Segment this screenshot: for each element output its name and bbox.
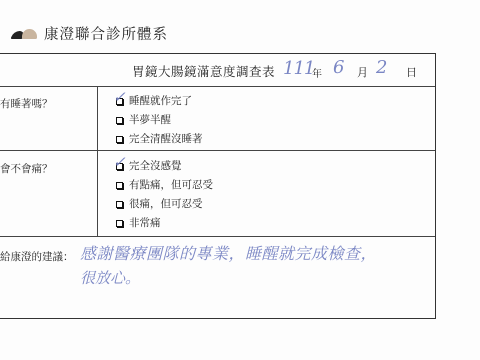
- option-item[interactable]: 很痛，但可忍受: [116, 195, 213, 214]
- checkbox-icon[interactable]: [116, 220, 123, 227]
- date-year-value[interactable]: 111: [283, 58, 314, 79]
- option-label: 非常痛: [129, 214, 161, 233]
- option-label: 完全清醒沒睡著: [129, 130, 203, 149]
- comment-text-line1[interactable]: 感謝醫療團隊的專業，睡醒就完成檢查，: [80, 241, 377, 264]
- option-item[interactable]: 完全清醒沒睡著: [116, 130, 203, 149]
- date-day-label: 日: [406, 64, 417, 80]
- option-label: 很痛，但可忍受: [129, 195, 203, 214]
- checkmark-icon: ✓: [113, 153, 126, 172]
- date-month-value[interactable]: 6: [333, 57, 344, 78]
- survey-form: 胃鏡大腸鏡滿意度調查表 111 年 6 月 2 日 有睡著嗎？ ✓ 睡醒就作完了…: [0, 53, 436, 319]
- checkbox-icon[interactable]: [116, 117, 123, 124]
- comment-text-line2[interactable]: 很放心。: [80, 267, 140, 288]
- checkbox-icon[interactable]: [116, 182, 123, 189]
- column-divider: [97, 86, 98, 150]
- form-title: 胃鏡大腸鏡滿意度調查表: [132, 62, 275, 80]
- comment-section: 給康澄的建議： 感謝醫療團隊的專業，睡醒就完成檢查， 很放心。: [0, 237, 435, 319]
- date-day-value[interactable]: 2: [376, 57, 387, 78]
- question-sleep: 有睡著嗎？ ✓ 睡醒就作完了 半夢半醒 完全清醒沒睡著: [0, 86, 435, 151]
- column-divider: [97, 151, 98, 236]
- option-item[interactable]: ✓ 睡醒就作完了: [116, 92, 203, 111]
- options-list: ✓ 完全沒感覺 有點痛，但可忍受 很痛，但可忍受 非常痛: [116, 157, 213, 233]
- header: 康澄聯合診所體系: [12, 23, 168, 44]
- option-item[interactable]: 半夢半醒: [116, 111, 203, 130]
- option-label: 有點痛，但可忍受: [129, 176, 213, 195]
- title-row: 胃鏡大腸鏡滿意度調查表 111 年 6 月 2 日: [0, 54, 435, 87]
- question-label: 會不會痛？: [0, 161, 53, 176]
- comment-label: 給康澄的建議：: [0, 249, 74, 264]
- options-list: ✓ 睡醒就作完了 半夢半醒 完全清醒沒睡著: [116, 92, 203, 149]
- checkmark-icon: ✓: [113, 88, 126, 107]
- option-label: 睡醒就作完了: [129, 92, 192, 111]
- option-item[interactable]: ✓ 完全沒感覺: [116, 157, 213, 176]
- option-item[interactable]: 有點痛，但可忍受: [116, 176, 213, 195]
- question-label: 有睡著嗎？: [0, 96, 53, 111]
- option-label: 半夢半醒: [129, 111, 171, 130]
- clinic-logo-icon: [12, 28, 38, 40]
- option-item[interactable]: 非常痛: [116, 214, 213, 233]
- checkbox-icon[interactable]: [116, 136, 123, 143]
- option-label: 完全沒感覺: [129, 157, 182, 176]
- checkbox-icon[interactable]: [116, 201, 123, 208]
- brand-name: 康澄聯合診所體系: [44, 23, 168, 44]
- date-year-label: 年: [312, 65, 322, 80]
- date-month-label: 月: [357, 64, 368, 80]
- question-pain: 會不會痛？ ✓ 完全沒感覺 有點痛，但可忍受 很痛，但可忍受 非常痛: [0, 151, 435, 237]
